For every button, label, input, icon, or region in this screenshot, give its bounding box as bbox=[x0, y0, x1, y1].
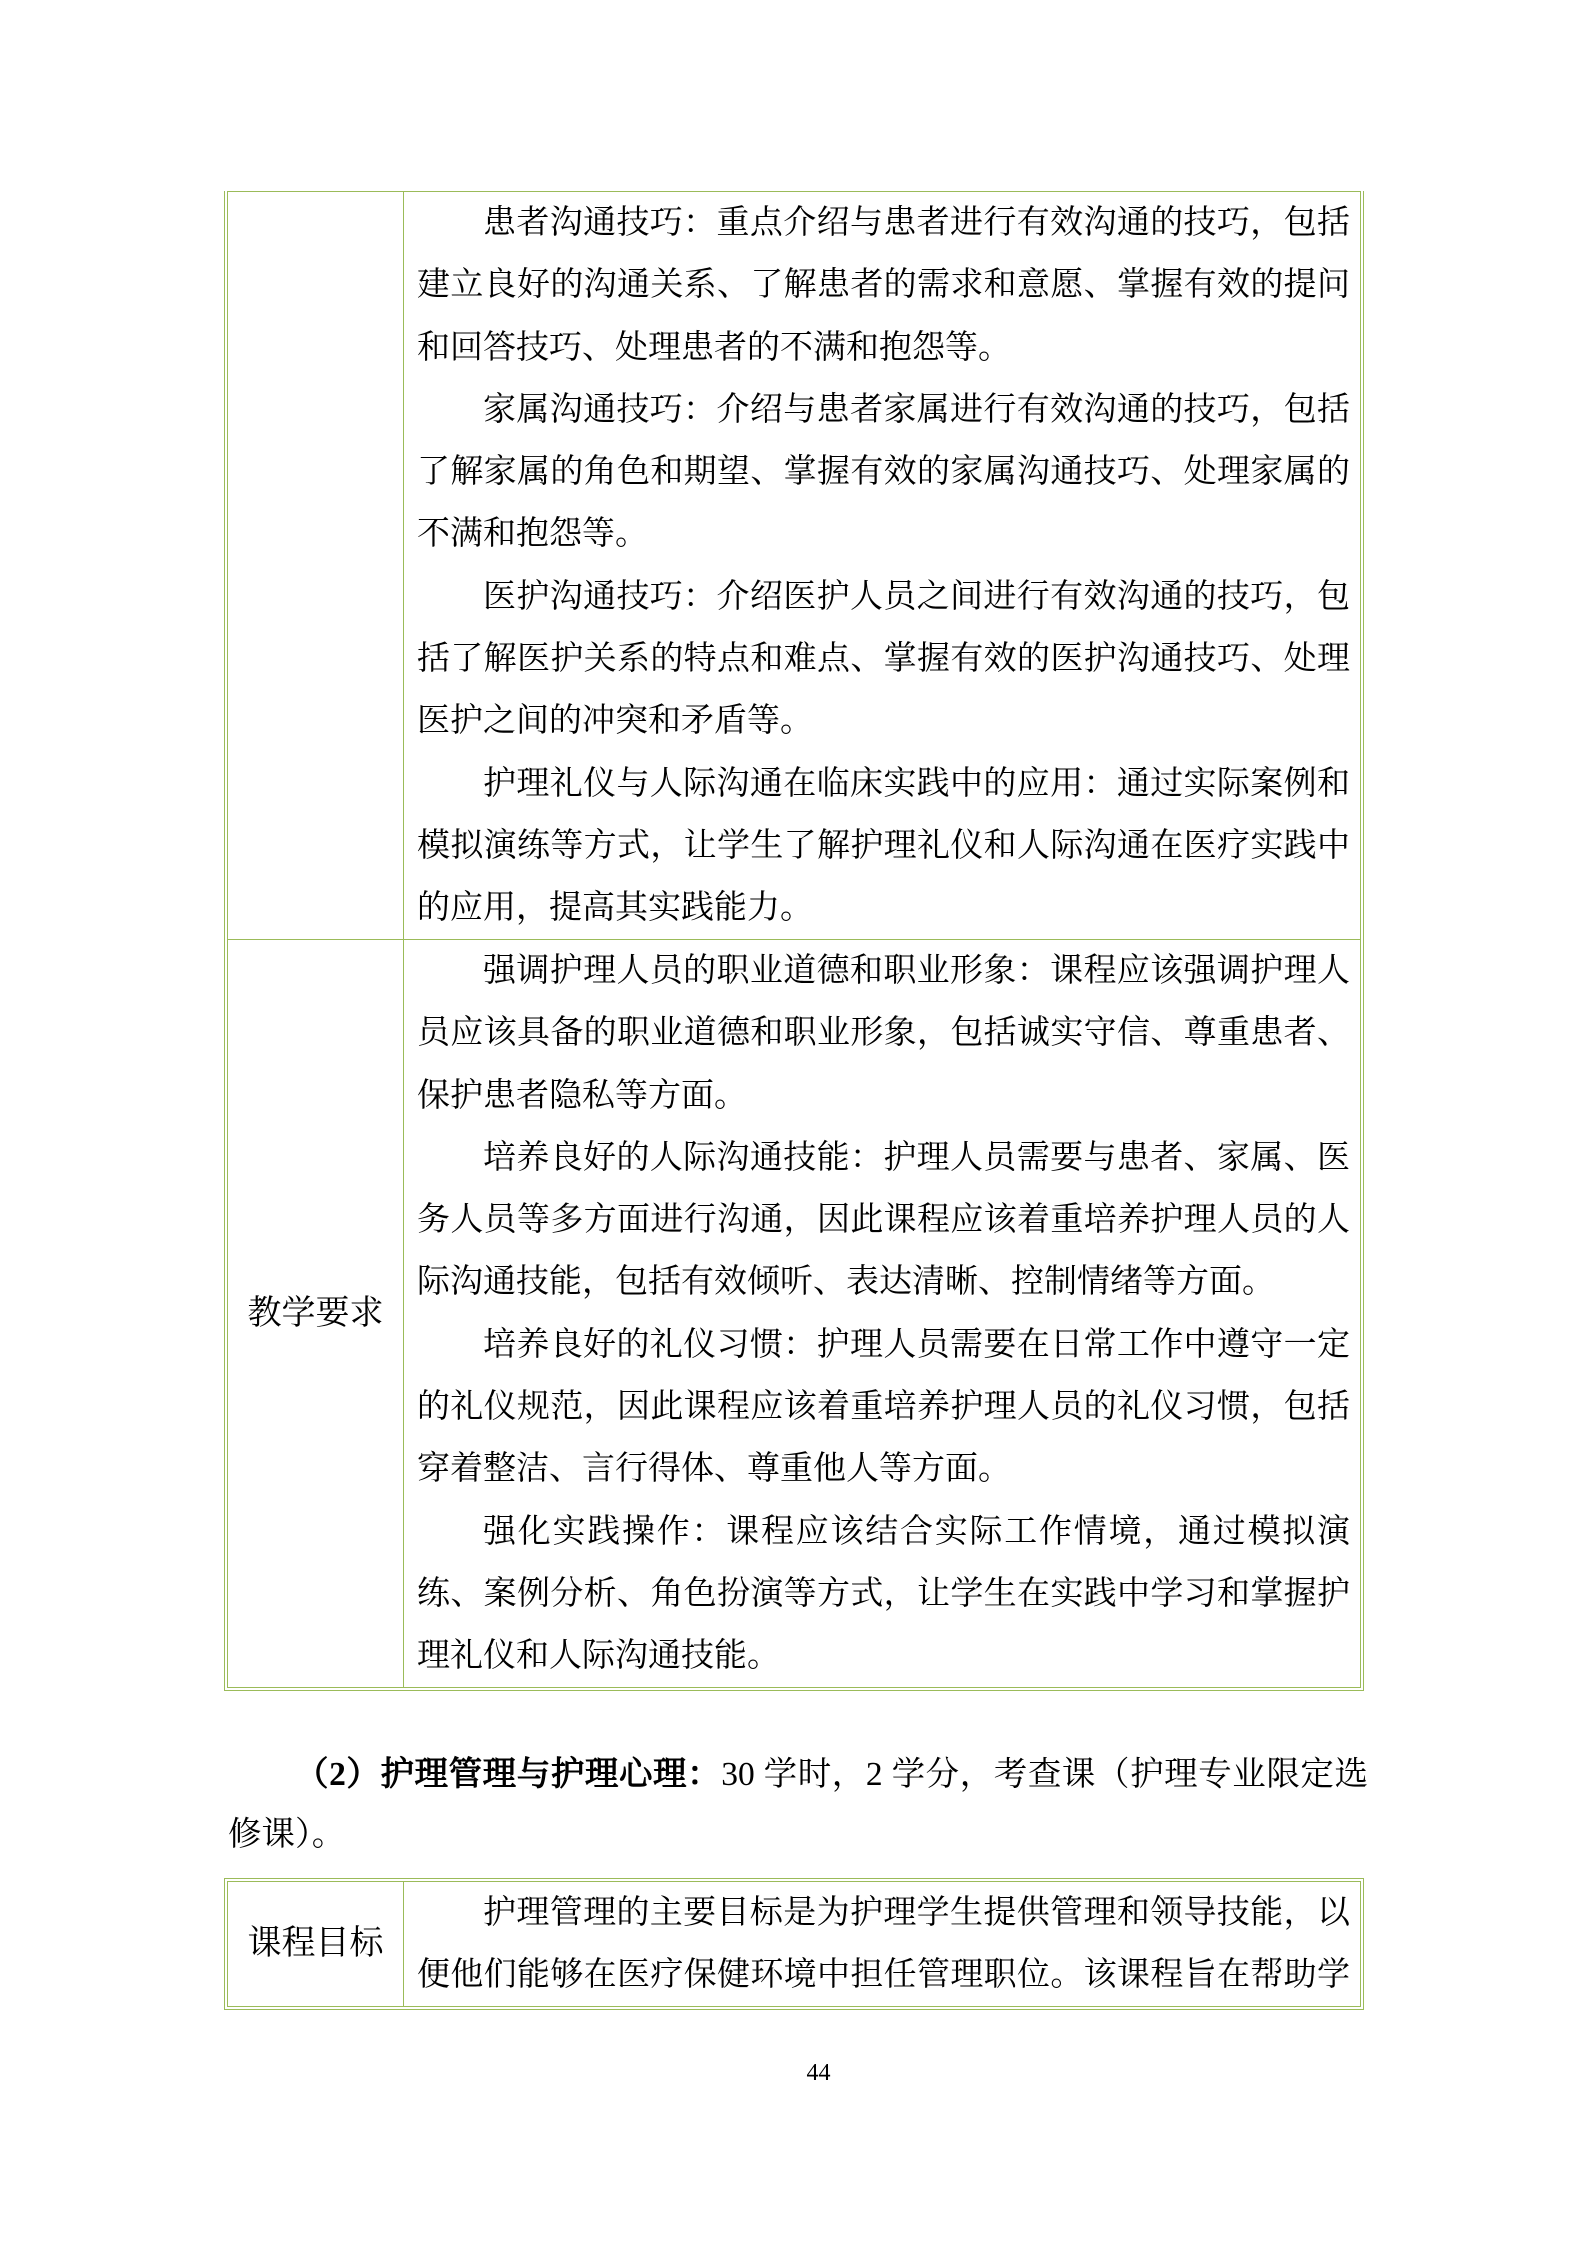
course-objectives-label: 课程目标 bbox=[228, 1882, 404, 2007]
teaching-requirements-content: 强调护理人员的职业道德和职业形象：课程应该强调护理人员应该具备的职业道德和职业形… bbox=[404, 940, 1360, 1687]
course-table-2-grid: 课程目标 护理管理的主要目标是为护理学生提供管理和领导技能，以便他们能够在医疗保… bbox=[227, 1881, 1361, 2007]
paragraph-medical-staff-communication: 医护沟通技巧：介绍医护人员之间进行有效沟通的技巧，包括了解医护关系的特点和难点、… bbox=[417, 566, 1350, 753]
course-table-1: 患者沟通技巧：重点介绍与患者进行有效沟通的技巧，包括建立良好的沟通关系、了解患者… bbox=[224, 191, 1364, 1691]
course-objectives-content: 护理管理的主要目标是为护理学生提供管理和领导技能，以便他们能够在医疗保健环境中担… bbox=[404, 1882, 1360, 2006]
page-number: 44 bbox=[50, 2060, 1587, 2086]
paragraph-patient-communication: 患者沟通技巧：重点介绍与患者进行有效沟通的技巧，包括建立良好的沟通关系、了解患者… bbox=[417, 192, 1350, 379]
paragraph-interpersonal-skills: 培养良好的人际沟通技能：护理人员需要与患者、家属、医务人员等多方面进行沟通，因此… bbox=[417, 1127, 1350, 1314]
continuation-content-cell: 患者沟通技巧：重点介绍与患者进行有效沟通的技巧，包括建立良好的沟通关系、了解患者… bbox=[404, 192, 1361, 940]
course-table-1-grid: 患者沟通技巧：重点介绍与患者进行有效沟通的技巧，包括建立良好的沟通关系、了解患者… bbox=[227, 191, 1361, 1688]
table-row: 患者沟通技巧：重点介绍与患者进行有效沟通的技巧，包括建立良好的沟通关系、了解患者… bbox=[228, 192, 1361, 940]
teaching-requirements-label: 教学要求 bbox=[228, 940, 404, 1688]
section-item-2-paragraph: （2）护理管理与护理心理：30 学时，2 学分，考查课（护理专业限定选修课）。 bbox=[228, 1745, 1368, 1865]
table-row: 课程目标 护理管理的主要目标是为护理学生提供管理和领导技能，以便他们能够在医疗保… bbox=[228, 1882, 1361, 2007]
paragraph-family-communication: 家属沟通技巧：介绍与患者家属进行有效沟通的技巧，包括了解家属的角色和期望、掌握有… bbox=[417, 379, 1350, 566]
course-title-bold: （2）护理管理与护理心理： bbox=[295, 1756, 721, 1793]
paragraph-management-objectives: 护理管理的主要目标是为护理学生提供管理和领导技能，以便他们能够在医疗保健环境中担… bbox=[417, 1882, 1350, 2006]
table-row: 教学要求 强调护理人员的职业道德和职业形象：课程应该强调护理人员应该具备的职业道… bbox=[228, 940, 1361, 1688]
paragraph-professional-ethics: 强调护理人员的职业道德和职业形象：课程应该强调护理人员应该具备的职业道德和职业形… bbox=[417, 940, 1350, 1127]
paragraph-etiquette-habits: 培养良好的礼仪习惯：护理人员需要在日常工作中遵守一定的礼仪规范，因此课程应该着重… bbox=[417, 1314, 1350, 1501]
teaching-requirements-content-cell: 强调护理人员的职业道德和职业形象：课程应该强调护理人员应该具备的职业道德和职业形… bbox=[404, 940, 1361, 1688]
course-objectives-content-cell: 护理管理的主要目标是为护理学生提供管理和领导技能，以便他们能够在医疗保健环境中担… bbox=[404, 1882, 1361, 2007]
document-page: 患者沟通技巧：重点介绍与患者进行有效沟通的技巧，包括建立良好的沟通关系、了解患者… bbox=[0, 0, 1587, 2245]
paragraph-practical-training: 强化实践操作：课程应该结合实际工作情境，通过模拟演练、案例分析、角色扮演等方式，… bbox=[417, 1501, 1350, 1687]
paragraph-clinical-application: 护理礼仪与人际沟通在临床实践中的应用：通过实际案例和模拟演练等方式，让学生了解护… bbox=[417, 753, 1350, 939]
continuation-content: 患者沟通技巧：重点介绍与患者进行有效沟通的技巧，包括建立良好的沟通关系、了解患者… bbox=[404, 192, 1360, 939]
empty-label-cell bbox=[228, 192, 404, 940]
course-table-2: 课程目标 护理管理的主要目标是为护理学生提供管理和领导技能，以便他们能够在医疗保… bbox=[224, 1878, 1364, 2010]
